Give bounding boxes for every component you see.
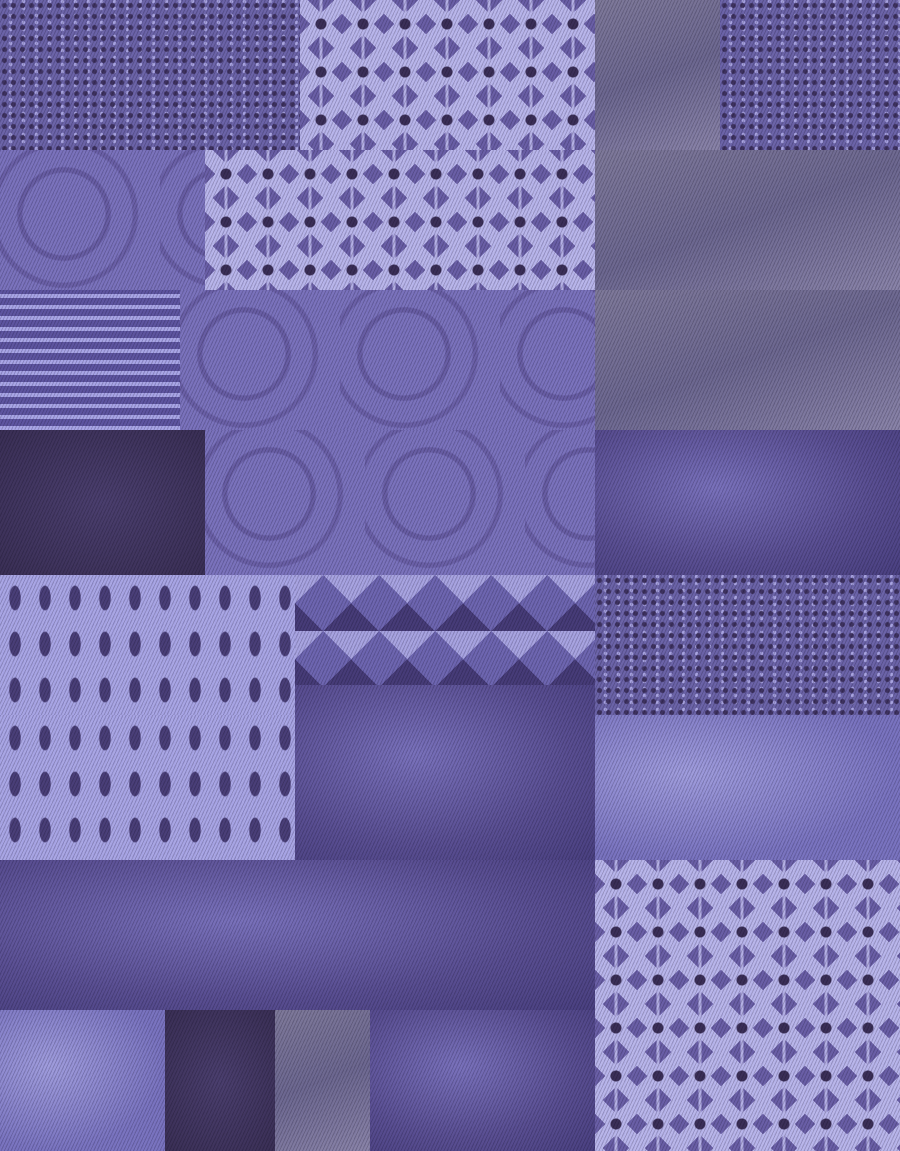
patch-row7-right-ikat	[595, 860, 900, 1151]
patch-row5-left-leaf	[0, 575, 295, 715]
patch-row4-left-medallion	[0, 430, 205, 575]
patch-row4-right-violetfur	[595, 430, 900, 575]
patch-row4-center-paisley	[205, 430, 595, 575]
patch-bottom-mid-dark	[165, 1010, 275, 1151]
patch-row7-left-violetfur	[0, 860, 595, 1010]
patch-top-center-ikat	[300, 0, 595, 150]
patch-bottom-left-lightfur	[0, 1010, 165, 1151]
patch-row6-left-leaf	[0, 715, 295, 860]
patch-row2-center-ikat	[205, 150, 595, 290]
patch-row3-right-grayfur	[595, 290, 900, 430]
patch-row5-right-speckle	[595, 575, 900, 715]
patch-row2-right-grayfur	[595, 150, 900, 290]
patch-top-left-speckle	[0, 0, 300, 150]
patch-bottom-mid-gray	[275, 1010, 370, 1151]
patch-row2-left-paisley	[0, 150, 205, 290]
patch-row3-left-stripes	[0, 290, 180, 430]
patch-row3-center-paisley	[180, 290, 595, 430]
patch-bottom-center-violetfur	[370, 1010, 595, 1151]
patch-row5-center-chevron	[295, 575, 595, 685]
patchwork-rug	[0, 0, 900, 1151]
patch-top-right-grayfur	[595, 0, 720, 150]
patch-row6-right-lightfur	[595, 715, 900, 860]
patch-row6-center-violetfur	[295, 685, 595, 860]
patch-top-far-right-speckle	[720, 0, 900, 150]
